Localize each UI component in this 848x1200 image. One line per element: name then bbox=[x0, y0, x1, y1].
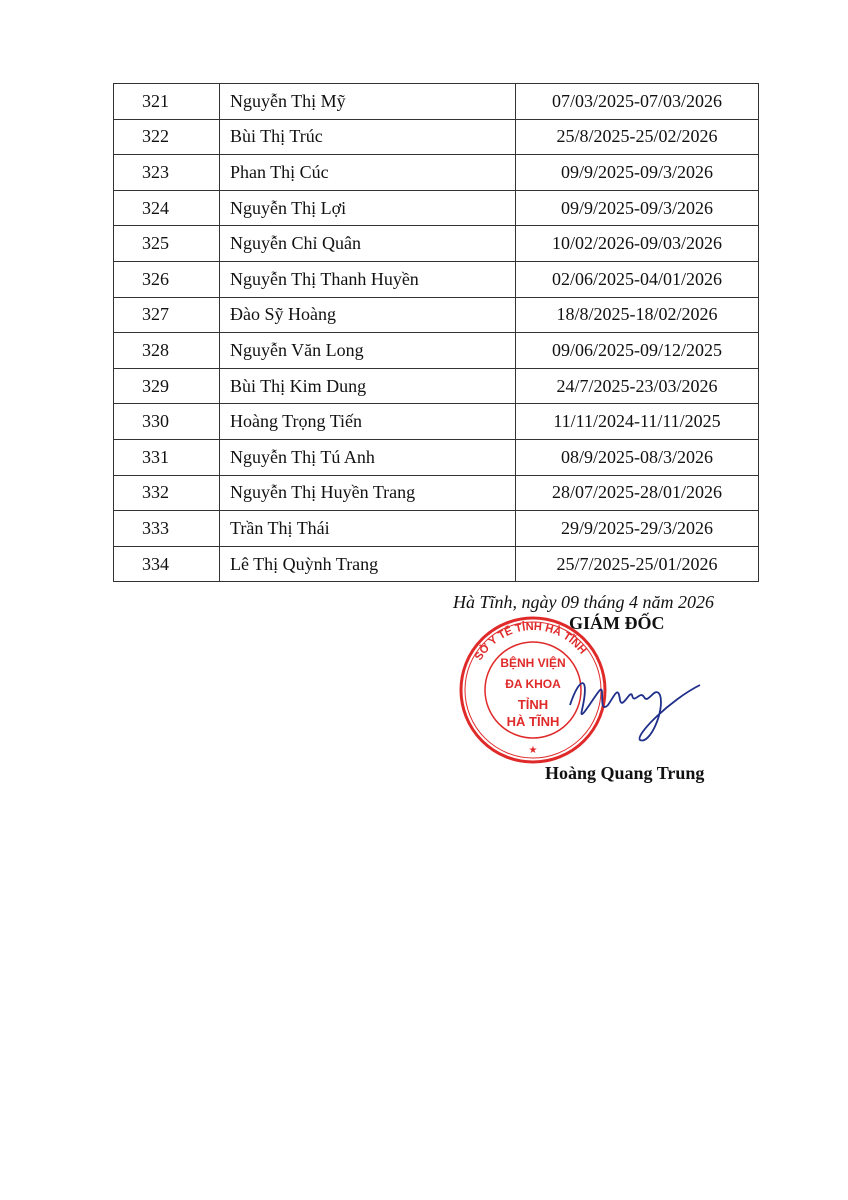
table-row: 332Nguyễn Thị Huyền Trang28/07/2025-28/0… bbox=[114, 475, 759, 511]
name-cell: Phan Thị Cúc bbox=[220, 155, 516, 191]
period-cell: 25/7/2025-25/01/2026 bbox=[516, 546, 759, 582]
name-cell: Nguyễn Thị Huyền Trang bbox=[220, 475, 516, 511]
name-cell: Nguyễn Thị Mỹ bbox=[220, 84, 516, 120]
table-row: 328Nguyễn Văn Long09/06/2025-09/12/2025 bbox=[114, 333, 759, 369]
stt-cell: 332 bbox=[114, 475, 220, 511]
signer-title: GIÁM ĐỐC bbox=[569, 613, 665, 634]
stt-cell: 322 bbox=[114, 119, 220, 155]
period-cell: 09/06/2025-09/12/2025 bbox=[516, 333, 759, 369]
table-row: 334Lê Thị Quỳnh Trang25/7/2025-25/01/202… bbox=[114, 546, 759, 582]
name-cell: Đào Sỹ Hoàng bbox=[220, 297, 516, 333]
stt-cell: 325 bbox=[114, 226, 220, 262]
signature bbox=[560, 655, 720, 755]
period-cell: 08/9/2025-08/3/2026 bbox=[516, 439, 759, 475]
stamp-line3: TỈNH bbox=[518, 697, 548, 712]
table-row: 322Bùi Thị Trúc25/8/2025-25/02/2026 bbox=[114, 119, 759, 155]
period-cell: 07/03/2025-07/03/2026 bbox=[516, 84, 759, 120]
period-cell: 25/8/2025-25/02/2026 bbox=[516, 119, 759, 155]
table-row: 324Nguyễn Thị Lợi09/9/2025-09/3/2026 bbox=[114, 190, 759, 226]
period-cell: 02/06/2025-04/01/2026 bbox=[516, 261, 759, 297]
name-cell: Bùi Thị Kim Dung bbox=[220, 368, 516, 404]
stamp-line2: ĐA KHOA bbox=[505, 677, 561, 691]
stt-cell: 333 bbox=[114, 511, 220, 547]
stt-cell: 326 bbox=[114, 261, 220, 297]
table-row: 327Đào Sỹ Hoàng18/8/2025-18/02/2026 bbox=[114, 297, 759, 333]
stamp-line1: BỆNH VIỆN bbox=[500, 655, 565, 670]
name-cell: Nguyễn Văn Long bbox=[220, 333, 516, 369]
stt-cell: 328 bbox=[114, 333, 220, 369]
name-cell: Nguyễn Thị Tú Anh bbox=[220, 439, 516, 475]
stt-cell: 331 bbox=[114, 439, 220, 475]
table-row: 323Phan Thị Cúc09/9/2025-09/3/2026 bbox=[114, 155, 759, 191]
stt-cell: 327 bbox=[114, 297, 220, 333]
name-cell: Nguyễn Thị Thanh Huyền bbox=[220, 261, 516, 297]
table-row: 331Nguyễn Thị Tú Anh08/9/2025-08/3/2026 bbox=[114, 439, 759, 475]
name-cell: Nguyễn Chỉ Quân bbox=[220, 226, 516, 262]
name-cell: Trần Thị Thái bbox=[220, 511, 516, 547]
stt-cell: 329 bbox=[114, 368, 220, 404]
period-cell: 09/9/2025-09/3/2026 bbox=[516, 155, 759, 191]
stt-cell: 334 bbox=[114, 546, 220, 582]
place-date: Hà Tĩnh, ngày 09 tháng 4 năm 2026 bbox=[453, 592, 714, 613]
staff-table: 321Nguyễn Thị Mỹ07/03/2025-07/03/2026322… bbox=[113, 83, 759, 582]
name-cell: Nguyễn Thị Lợi bbox=[220, 190, 516, 226]
table-row: 333Trần Thị Thái29/9/2025-29/3/2026 bbox=[114, 511, 759, 547]
stt-cell: 323 bbox=[114, 155, 220, 191]
stt-cell: 324 bbox=[114, 190, 220, 226]
table-row: 321Nguyễn Thị Mỹ07/03/2025-07/03/2026 bbox=[114, 84, 759, 120]
stamp-line4: HÀ TĨNH bbox=[507, 714, 560, 729]
name-cell: Lê Thị Quỳnh Trang bbox=[220, 546, 516, 582]
period-cell: 24/7/2025-23/03/2026 bbox=[516, 368, 759, 404]
name-cell: Bùi Thị Trúc bbox=[220, 119, 516, 155]
table-row: 326Nguyễn Thị Thanh Huyền02/06/2025-04/0… bbox=[114, 261, 759, 297]
name-cell: Hoàng Trọng Tiến bbox=[220, 404, 516, 440]
period-cell: 18/8/2025-18/02/2026 bbox=[516, 297, 759, 333]
table-row: 329Bùi Thị Kim Dung24/7/2025-23/03/2026 bbox=[114, 368, 759, 404]
period-cell: 28/07/2025-28/01/2026 bbox=[516, 475, 759, 511]
period-cell: 11/11/2024-11/11/2025 bbox=[516, 404, 759, 440]
star-icon: ★ bbox=[529, 745, 538, 756]
stt-cell: 321 bbox=[114, 84, 220, 120]
period-cell: 10/02/2026-09/03/2026 bbox=[516, 226, 759, 262]
period-cell: 09/9/2025-09/3/2026 bbox=[516, 190, 759, 226]
signer-name: Hoàng Quang Trung bbox=[545, 763, 704, 784]
table-row: 325Nguyễn Chỉ Quân10/02/2026-09/03/2026 bbox=[114, 226, 759, 262]
table-row: 330Hoàng Trọng Tiến11/11/2024-11/11/2025 bbox=[114, 404, 759, 440]
stt-cell: 330 bbox=[114, 404, 220, 440]
period-cell: 29/9/2025-29/3/2026 bbox=[516, 511, 759, 547]
